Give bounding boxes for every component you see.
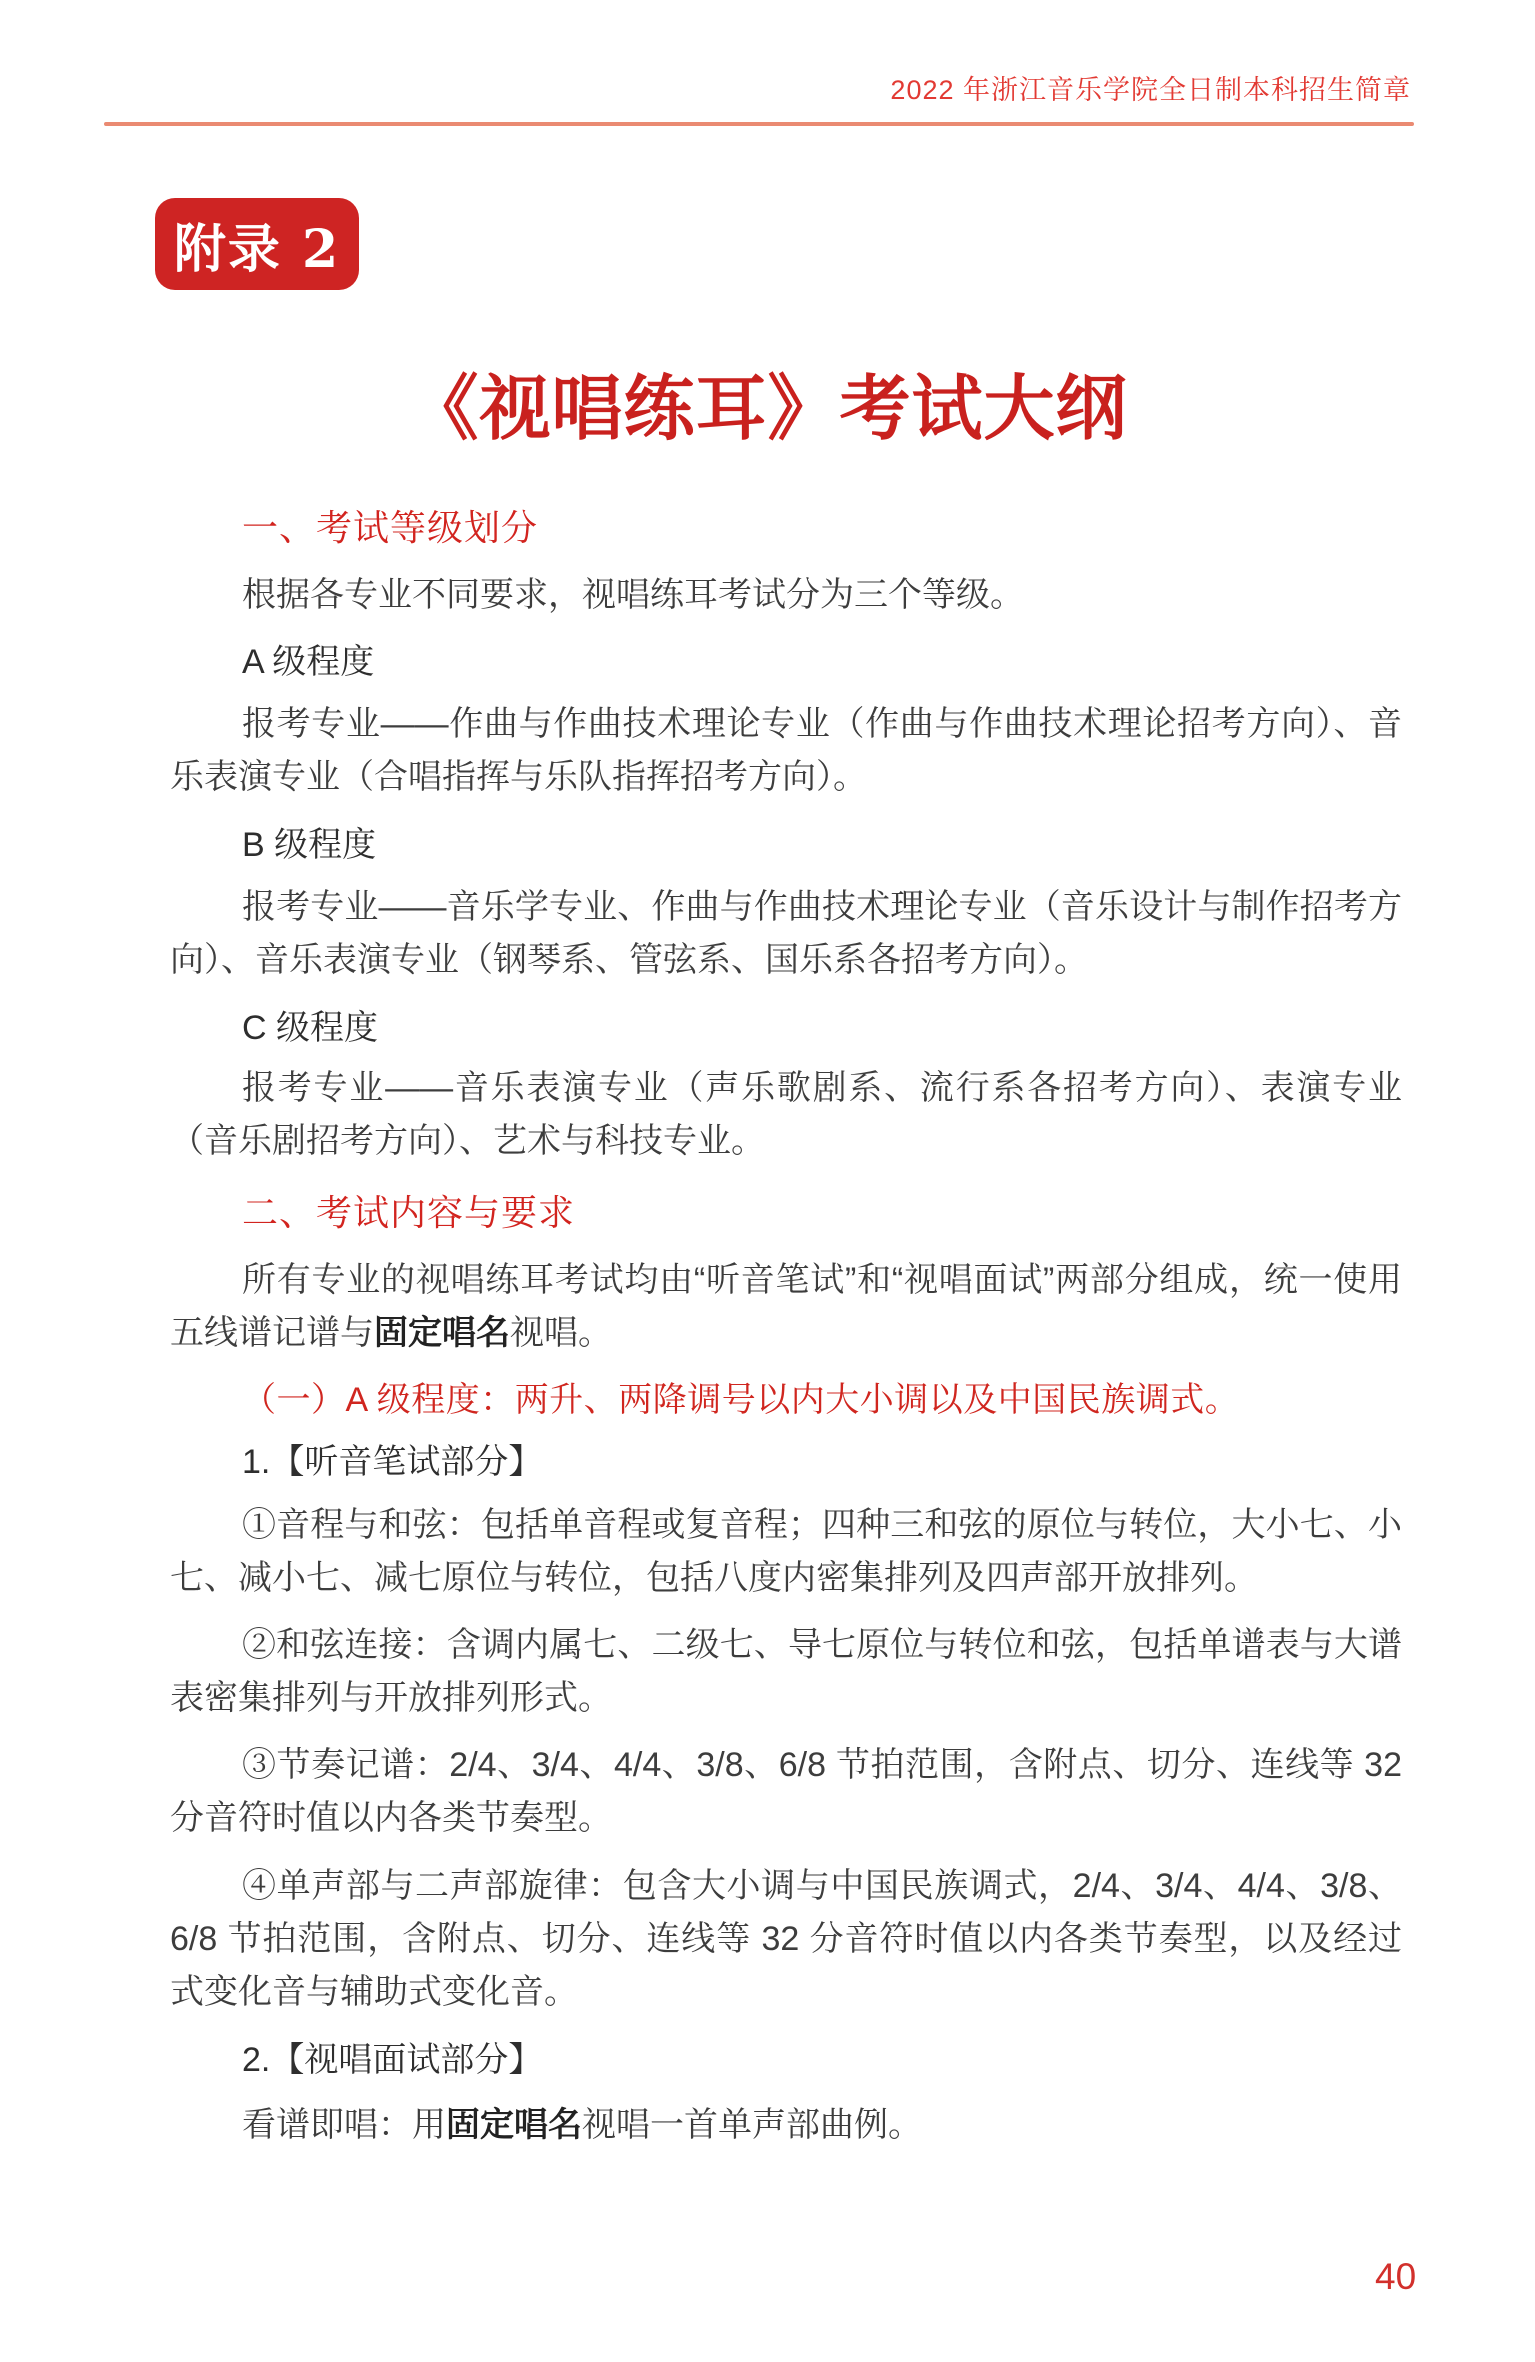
sight-singing-pre: 看谱即唱：用: [242, 2106, 446, 2144]
listening-item-2: ②和弦连接：含调内属七、二级七、导七原位与转位和弦，包括单谱表与大谱表密集排列与…: [170, 1619, 1402, 1725]
header-divider: [104, 122, 1414, 126]
section-2-heading: 二、考试内容与要求: [170, 1185, 1402, 1241]
level-c-paragraph: 报考专业——音乐表演专业（声乐歌剧系、流行系各招考方向）、表演专业（音乐剧招考方…: [170, 1062, 1402, 1168]
sight-singing-post: 视唱一首单声部曲例。: [582, 2106, 922, 2144]
section-1-intro: 根据各专业不同要求，视唱练耳考试分为三个等级。: [170, 569, 1402, 622]
running-header: 2022 年浙江音乐学院全日制本科招生简章: [890, 68, 1411, 107]
listening-item-4: ④单声部与二声部旋律：包含大小调与中国民族调式，2/4、3/4、4/4、3/8、…: [170, 1860, 1402, 2019]
document-page: 2022 年浙江音乐学院全日制本科招生简章 附录 2 《视唱练耳》考试大纲 一、…: [0, 0, 1535, 2362]
section-2-intro: 所有专业的视唱练耳考试均由“听音笔试”和“视唱面试”两部分组成，统一使用五线谱记…: [170, 1254, 1402, 1360]
sight-singing-paragraph: 看谱即唱：用固定唱名视唱一首单声部曲例。: [170, 2099, 1402, 2152]
listening-item-1: ①音程与和弦：包括单音程或复音程；四种三和弦的原位与转位，大小七、小七、减小七、…: [170, 1499, 1402, 1605]
part-2-heading: 2.【视唱面试部分】: [170, 2034, 1402, 2087]
appendix-badge-label: 附录 2: [174, 207, 340, 282]
section-2-intro-post: 视唱。: [510, 1314, 612, 1352]
level-a-paragraph: 报考专业——作曲与作曲技术理论专业（作曲与作曲技术理论招考方向）、音乐表演专业（…: [170, 698, 1402, 804]
section-1-heading: 一、考试等级划分: [170, 500, 1402, 556]
page-title: 《视唱练耳》考试大纲: [0, 352, 1535, 454]
appendix-badge: 附录 2: [155, 198, 359, 290]
sight-singing-bold: 固定唱名: [446, 2106, 582, 2144]
level-a-requirements-heading: （一）A 级程度：两升、两降调号以内大小调以及中国民族调式。: [170, 1374, 1402, 1427]
page-number: 40: [1375, 2256, 1416, 2298]
level-a-heading: A 级程度: [170, 636, 1402, 689]
level-b-heading: B 级程度: [170, 819, 1402, 872]
level-c-heading: C 级程度: [170, 1002, 1402, 1055]
section-2-intro-pre: 所有专业的视唱练耳考试均由“听音笔试”和“视唱面试”两部分组成，统一使用五线谱记…: [170, 1261, 1402, 1352]
level-b-paragraph: 报考专业——音乐学专业、作曲与作曲技术理论专业（音乐设计与制作招考方向）、音乐表…: [170, 881, 1402, 987]
part-1-heading: 1.【听音笔试部分】: [170, 1436, 1402, 1489]
section-2-intro-bold: 固定唱名: [374, 1314, 510, 1352]
document-body: 一、考试等级划分 根据各专业不同要求，视唱练耳考试分为三个等级。 A 级程度 报…: [170, 500, 1402, 2152]
listening-item-3: ③节奏记谱：2/4、3/4、4/4、3/8、6/8 节拍范围，含附点、切分、连线…: [170, 1739, 1402, 1845]
